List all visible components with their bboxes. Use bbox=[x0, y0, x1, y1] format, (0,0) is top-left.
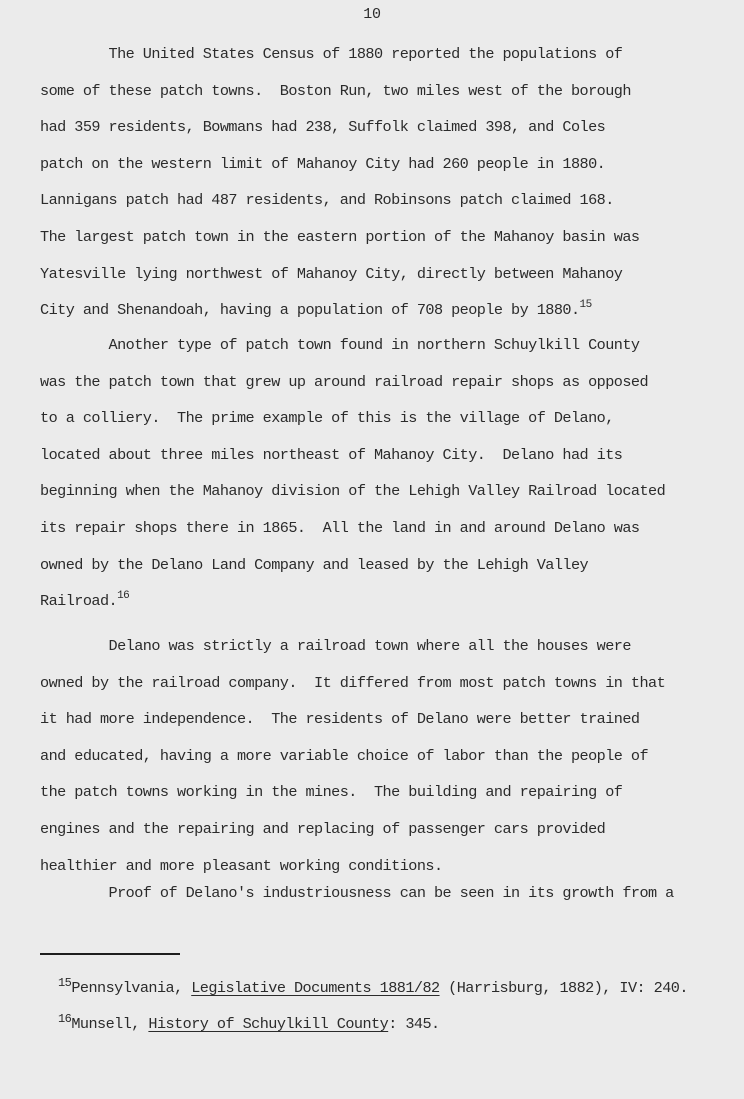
text-line: Delano was strictly a railroad town wher… bbox=[40, 636, 631, 656]
text-line: engines and the repairing and replacing … bbox=[40, 819, 605, 839]
text-line: beginning when the Mahanoy division of t… bbox=[40, 481, 665, 501]
footnote: 15Pennsylvania, Legislative Documents 18… bbox=[58, 979, 688, 997]
text-line: Lannigans patch had 487 residents, and R… bbox=[40, 190, 614, 210]
footnote-separator bbox=[40, 953, 180, 955]
text-line: Railroad.16 bbox=[40, 591, 129, 611]
footnote-number: 15 bbox=[58, 976, 71, 990]
text-line: Another type of patch town found in nort… bbox=[40, 335, 639, 355]
text-line: owned by the Delano Land Company and lea… bbox=[40, 555, 588, 575]
text-line: was the patch town that grew up around r… bbox=[40, 372, 648, 392]
footnote-title: History of Schuylkill County bbox=[148, 1015, 388, 1033]
text-line: The largest patch town in the eastern po… bbox=[40, 227, 639, 247]
text-line: City and Shenandoah, having a population… bbox=[40, 300, 592, 320]
text-line: located about three miles northeast of M… bbox=[40, 445, 622, 465]
text-line: The United States Census of 1880 reporte… bbox=[40, 44, 622, 64]
text-line: some of these patch towns. Boston Run, t… bbox=[40, 81, 631, 101]
footnote-reference: 15 bbox=[580, 299, 592, 311]
text-line: Yatesville lying northwest of Mahanoy Ci… bbox=[40, 264, 622, 284]
footnote-text: Pennsylvania, bbox=[71, 979, 191, 997]
text-line: patch on the western limit of Mahanoy Ci… bbox=[40, 154, 605, 174]
text-line: it had more independence. The residents … bbox=[40, 709, 639, 729]
text-line: Proof of Delano's industriousness can be… bbox=[40, 883, 674, 903]
footnote-text: (Harrisburg, 1882), IV: 240. bbox=[440, 979, 688, 997]
text-line: owned by the railroad company. It differ… bbox=[40, 673, 665, 693]
text-line: the patch towns working in the mines. Th… bbox=[40, 782, 622, 802]
footnote-text: : 345. bbox=[388, 1015, 439, 1033]
text-line: to a colliery. The prime example of this… bbox=[40, 408, 614, 428]
text-line: its repair shops there in 1865. All the … bbox=[40, 518, 639, 538]
footnote: 16Munsell, History of Schuylkill County:… bbox=[58, 1015, 440, 1033]
footnote-reference: 16 bbox=[117, 590, 129, 602]
footnote-title: Legislative Documents 1881/82 bbox=[191, 979, 439, 997]
text-line: healthier and more pleasant working cond… bbox=[40, 856, 443, 876]
text-line: had 359 residents, Bowmans had 238, Suff… bbox=[40, 117, 605, 137]
text-line: and educated, having a more variable cho… bbox=[40, 746, 648, 766]
footnote-text: Munsell, bbox=[71, 1015, 148, 1033]
footnote-number: 16 bbox=[58, 1012, 71, 1026]
page-number: 10 bbox=[0, 6, 744, 23]
